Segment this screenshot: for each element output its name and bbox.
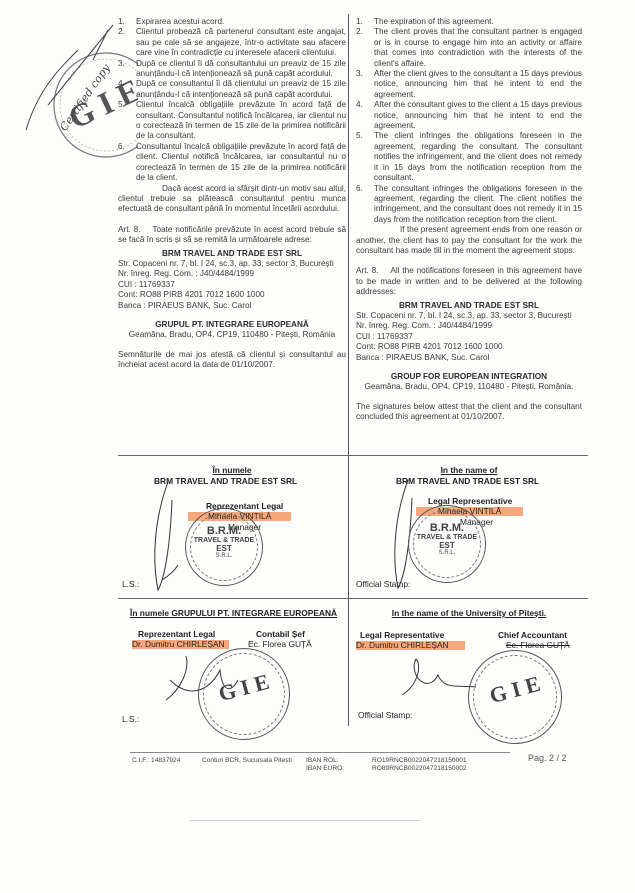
list-item: 5.Clientul încalcă obligațiile prevăzute… bbox=[118, 100, 346, 142]
footer-rule bbox=[130, 752, 510, 753]
list-item: 6.The consultant infringes the obligatio… bbox=[356, 184, 582, 226]
footer-cif: C.I.F.: 14837924 bbox=[132, 757, 180, 765]
stamp-label: L.S.: bbox=[122, 714, 139, 725]
closing-paragraph-en: If the present agreement ends from one r… bbox=[356, 225, 582, 256]
company-reg-en: Nr. înreg. Reg. Com. : J40/4484/1999 bbox=[356, 321, 582, 331]
list-item: 1.The expiration of this agreement. bbox=[356, 17, 582, 27]
english-column: 1.The expiration of this agreement. 2.Th… bbox=[356, 17, 582, 423]
list-item: 4.After the consultant gives to the clie… bbox=[356, 100, 582, 131]
divider bbox=[118, 598, 588, 599]
signature-person: Dr. Dumitru CHIRLEȘAN bbox=[356, 640, 465, 651]
company-cui-ro: CUI : 11769337 bbox=[118, 280, 346, 290]
footer-iban-labels: IBAN ROL:IBAN EURO: bbox=[306, 757, 344, 773]
company-account-en: Cont: RO88 PIRB 4201 7012 1600 1000 bbox=[356, 342, 582, 352]
signature-person: Ec. Florea GUȚĂ bbox=[506, 640, 570, 651]
stamp-label: Official Stamp: bbox=[358, 710, 412, 721]
signature-heading: În numele GRUPULUI PT. INTEGRARE EUROPEA… bbox=[130, 608, 348, 619]
company-account-ro: Cont: RO88 PIRB 4201 7012 1600 1000 bbox=[118, 290, 346, 300]
brm-stamp: B.R.M. TRAVEL & TRADE EST S.R.L. bbox=[185, 508, 263, 586]
signature-scribble bbox=[398, 655, 478, 700]
list-item: 4.După ce consultantul îi dă clientului … bbox=[118, 79, 346, 100]
gie-stamp: G I E bbox=[198, 648, 290, 740]
group-name-ro: GRUPUL PT. INTEGRARE EUROPEANĂ bbox=[118, 320, 346, 330]
company-cui-en: CUI : 11769337 bbox=[356, 332, 582, 342]
signature-role: Chief Accountant bbox=[498, 630, 567, 641]
company-name-en: BRM TRAVEL AND TRADE EST SRL bbox=[356, 301, 582, 311]
footer-iban-values: RO19RNCB0022047218150001RO89RNCB00220472… bbox=[372, 757, 467, 773]
stamp-label: L.S.: bbox=[122, 579, 139, 590]
page-number: Pag. 2 / 2 bbox=[528, 754, 567, 762]
signature-note-en: The signatures below attest that the cli… bbox=[356, 402, 582, 423]
termination-list-en: 1.The expiration of this agreement. 2.Th… bbox=[356, 17, 582, 225]
footer-accounts: Conturi BCR, Sucursala Pitești bbox=[202, 757, 292, 765]
divider bbox=[118, 455, 588, 456]
company-address-ro: Str. Copaceni nr. 7, bl. I 24, sc.3, ap.… bbox=[118, 259, 346, 269]
divider bbox=[190, 820, 420, 821]
company-reg-ro: Nr. înreg. Reg. Com. : J40/4484/1999 bbox=[118, 269, 346, 279]
list-item: 3.După ce clientul îi dă consultantului … bbox=[118, 59, 346, 80]
list-item: 2.Clientul probează că partenerul consul… bbox=[118, 27, 346, 58]
article-8-en: Art. 8.All the notifications foreseen in… bbox=[356, 266, 582, 297]
document-page: G I E Certified copy 1.Expirarea acestui… bbox=[0, 0, 635, 893]
signature-role: Reprezentant Legal bbox=[138, 629, 215, 640]
group-address-en: Geamăna, Bradu, OP4, CP19, 110480 - Pite… bbox=[356, 382, 582, 392]
signature-person: Ec. Florea GUȚĂ bbox=[248, 639, 312, 650]
signature-person: Dr. Dumitru CHIRLEȘAN bbox=[132, 639, 229, 650]
signature-scribble bbox=[150, 480, 180, 595]
list-item: 1.Expirarea acestui acord. bbox=[118, 17, 346, 27]
company-bank-en: Banca : PIRAEUS BANK, Suc. Carol bbox=[356, 353, 582, 363]
group-name-en: GROUP FOR EUROPEAN INTEGRATION bbox=[356, 372, 582, 382]
signature-note-ro: Semnăturile de mai jos atestă că clientu… bbox=[118, 350, 346, 371]
list-item: 5.The client infringes the obligations f… bbox=[356, 131, 582, 183]
romanian-column: 1.Expirarea acestui acord. 2.Clientul pr… bbox=[118, 17, 346, 371]
group-address-ro: Geamăna, Bradu, OP4, CP19, 110480 - Pite… bbox=[118, 330, 346, 340]
brm-stamp: B.R.M. TRAVEL & TRADE EST S.R.L. bbox=[408, 505, 486, 583]
signature-heading: In the name of bbox=[356, 465, 582, 476]
company-bank-ro: Banca : PIRAEUS BANK, Suc. Carol bbox=[118, 301, 346, 311]
signature-role: Legal Representative bbox=[360, 630, 444, 641]
termination-list-ro: 1.Expirarea acestui acord. 2.Clientul pr… bbox=[118, 17, 346, 184]
gie-stamp: G I E bbox=[468, 650, 562, 744]
article-8-ro: Art. 8.Toate notificările prevăzute în a… bbox=[118, 225, 346, 246]
list-item: 3.After the client gives to the consulta… bbox=[356, 69, 582, 100]
company-name-ro: BRM TRAVEL AND TRADE EST SRL bbox=[118, 249, 346, 259]
list-item: 2.The client proves that the consultant … bbox=[356, 27, 582, 69]
signature-role: Contabil Șef bbox=[256, 629, 305, 640]
closing-paragraph-ro: Dacă acest acord ia sfârșit dintr-un mot… bbox=[118, 184, 346, 215]
list-item: 6.Consultantul încalcă obligațiile prevă… bbox=[118, 142, 346, 184]
signature-heading: In the name of the University of Pitești… bbox=[356, 608, 582, 619]
column-divider bbox=[348, 14, 349, 726]
signature-heading: În numele bbox=[118, 465, 346, 476]
company-address-en: Str. Copaceni nr. 7, bl. I 24, sc.3, ap.… bbox=[356, 311, 582, 321]
